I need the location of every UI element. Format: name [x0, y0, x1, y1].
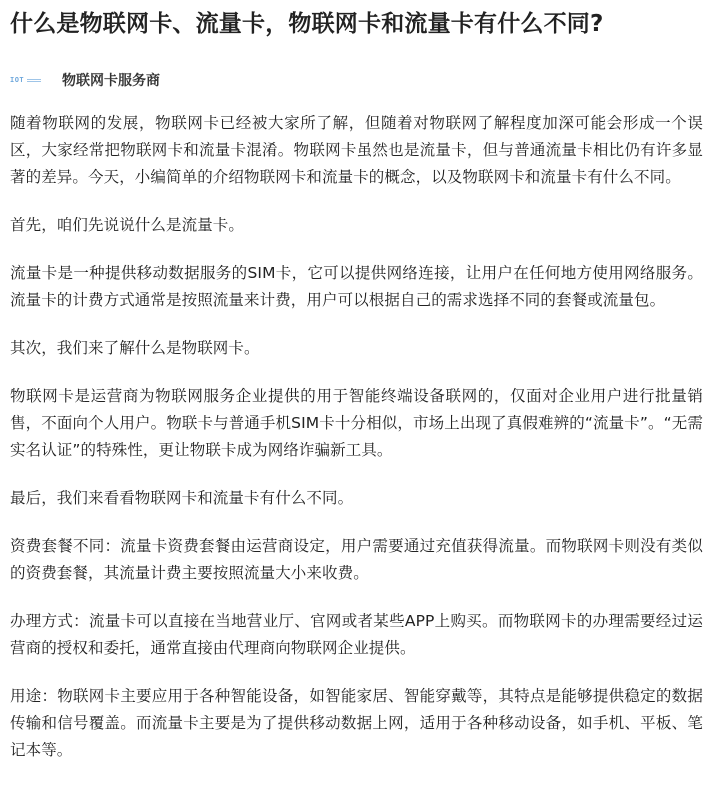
paragraph-iot-card-definition: 物联网卡是运营商为物联网服务企业提供的用于智能终端设备联网的，仅面对企业用户进行… [10, 383, 703, 464]
paragraph-finally: 最后，我们来看看物联网卡和流量卡有什么不同。 [10, 485, 703, 512]
paragraph-purchase-method: 办理方式：流量卡可以直接在当地营业厅、官网或者某些APP上购买。而物联网卡的办理… [10, 608, 703, 662]
paragraph-second: 其次，我们来了解什么是物联网卡。 [10, 335, 703, 362]
paragraph-first: 首先，咱们先说说什么是流量卡。 [10, 212, 703, 239]
paragraph-intro: 随着物联网的发展，物联网卡已经被大家所了解，但随着对物联网了解程度加深可能会形成… [10, 110, 703, 191]
article-body: 随着物联网的发展，物联网卡已经被大家所了解，但随着对物联网了解程度加深可能会形成… [10, 110, 703, 764]
author-name[interactable]: 物联网卡服务商 [62, 70, 160, 90]
paragraph-usage: 用途：物联网卡主要应用于各种智能设备，如智能家居、智能穿戴等，其特点是能够提供稳… [10, 683, 703, 764]
author-logo-text: IOT [10, 76, 24, 84]
article: 什么是物联网卡、流量卡，物联网卡和流量卡有什么不同? IOT 物联网卡服务商 随… [0, 0, 713, 764]
article-title: 什么是物联网卡、流量卡，物联网卡和流量卡有什么不同? [10, 0, 703, 40]
paragraph-pricing-difference: 资费套餐不同：流量卡资费套餐由运营商设定，用户需要通过充值获得流量。而物联网卡则… [10, 533, 703, 587]
author-row: IOT 物联网卡服务商 [10, 70, 703, 90]
logo-lines-icon [27, 79, 41, 82]
paragraph-data-card-definition: 流量卡是一种提供移动数据服务的SIM卡，它可以提供网络连接，让用户在任何地方使用… [10, 260, 703, 314]
author-logo-icon[interactable]: IOT [10, 75, 50, 85]
